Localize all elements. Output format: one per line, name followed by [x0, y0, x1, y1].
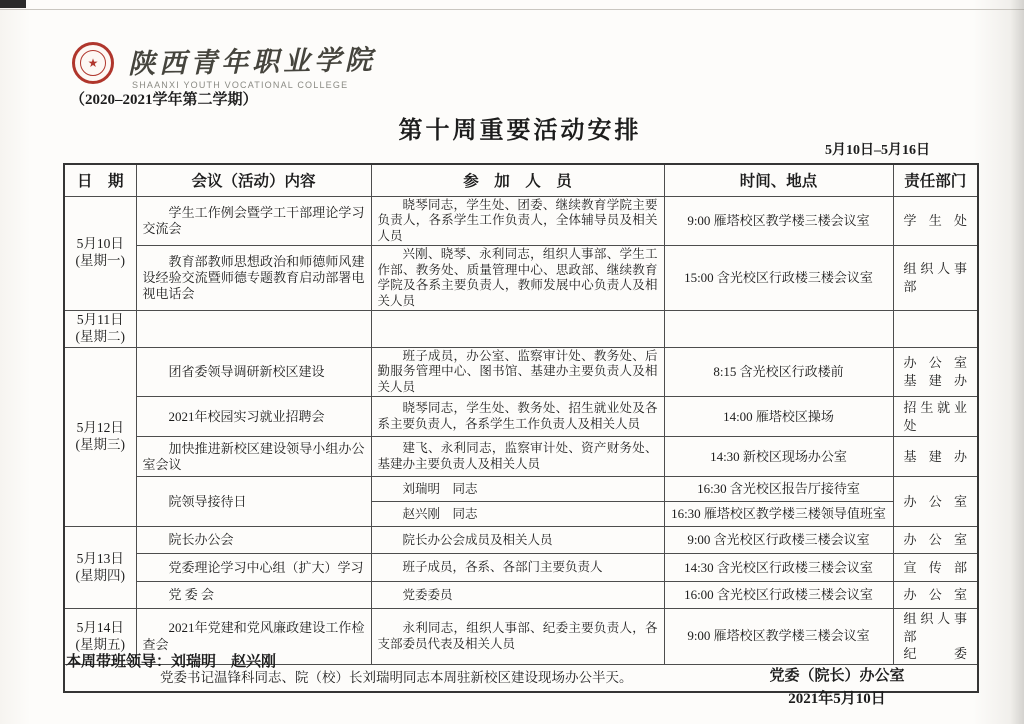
school-name: 陕西青年职业学院 — [128, 38, 377, 81]
department-text: 办公室 — [894, 586, 978, 604]
time-place-cell: 16:30 雁塔校区教学楼三楼领导值班室 — [664, 502, 893, 527]
department-text: 招生就业处 — [894, 399, 978, 434]
date-cell: 5月11日 (星期二) — [64, 311, 136, 348]
semester-label: （2020–2021学年第二学期） — [70, 88, 258, 109]
issuer: 党委（院长）办公室 — [742, 665, 932, 688]
department-text: 宣传部 — [894, 559, 978, 577]
department-cell: 办公室 — [893, 477, 978, 527]
date-cell: 5月13日 (星期四) — [64, 527, 136, 609]
content-text: 教育部教师思想政治和师德师风建设经验交流暨师德专题教育启动部署电视电话会 — [143, 254, 365, 303]
week-date-range: 5月10日–5月16日 — [825, 139, 930, 159]
content-cell: 学生工作例会暨学工干部理论学习交流会 — [136, 196, 371, 246]
table-row: 5月12日 (星期三) 团省委领导调研新校区建设 班子成员，办公室、监察审计处、… — [64, 347, 978, 397]
content-cell: 党委理论学习中心组（扩大）学习 — [136, 554, 371, 582]
table-row: 院领导接待日 刘瑞明 同志 16:30 含光校区报告厅接待室 办公室 — [64, 477, 978, 502]
participants-text: 刘瑞明 同志 — [378, 482, 658, 498]
department-text: 办公室 — [894, 354, 978, 372]
table-row: 5月13日 (星期四) 院长办公会 院长办公会成员及相关人员 9:00 含光校区… — [64, 527, 978, 554]
table-row: 教育部教师思想政治和师德师风建设经验交流暨师德专题教育启动部署电视电话会 兴刚、… — [64, 246, 978, 311]
header-date: 日 期 — [64, 164, 136, 196]
content-text: 党委理论学习中心组（扩大）学习 — [143, 560, 365, 576]
time-place-cell: 9:00 含光校区行政楼三楼会议室 — [664, 527, 893, 554]
content-text: 加快推进新校区建设领导小组办公室会议 — [143, 441, 365, 474]
department-text: 办公室 — [894, 493, 978, 511]
header-department: 责任部门 — [893, 164, 978, 196]
table-header-row: 日 期 会议（活动）内容 参 加 人 员 时间、地点 责任部门 — [64, 164, 978, 196]
time-place-cell: 14:30 新校区现场办公室 — [664, 437, 893, 477]
time-place-cell: 9:00 雁塔校区教学楼三楼会议室 — [664, 196, 893, 246]
participants-cell: 刘瑞明 同志 — [371, 477, 664, 502]
participants-cell: 建飞、永利同志，监察审计处、资产财务处、基建办主要负责人及相关人员 — [371, 437, 664, 477]
weekday-text: (星期一) — [67, 253, 134, 270]
signature-block: 党委（院长）办公室 2021年5月10日 — [742, 665, 932, 710]
content-text: 院长办公会 — [143, 532, 365, 548]
department-text: 组织人事部 — [894, 260, 978, 295]
department-cell: 宣传部 — [893, 554, 978, 582]
content-cell: 院领导接待日 — [136, 477, 371, 527]
time-place-cell: 8:15 含光校区行政楼前 — [664, 347, 893, 397]
department-cell: 办公室 — [893, 582, 978, 609]
table-row: 加快推进新校区建设领导小组办公室会议 建飞、永利同志，监察审计处、资产财务处、基… — [64, 437, 978, 477]
time-place-cell: 16:00 含光校区行政楼三楼会议室 — [664, 582, 893, 609]
schedule-table: 日 期 会议（活动）内容 参 加 人 员 时间、地点 责任部门 5月10日 (星… — [63, 163, 979, 693]
content-cell: 院长办公会 — [136, 527, 371, 554]
department-cell: 办公室 — [893, 527, 978, 554]
weekday-text: (星期三) — [67, 437, 134, 454]
content-text: 团省委领导调研新校区建设 — [143, 364, 365, 380]
time-place-cell — [664, 311, 893, 348]
issue-date: 2021年5月10日 — [742, 688, 932, 711]
date-text: 5月11日 — [67, 312, 134, 329]
participants-cell: 晓琴同志，学生处、教务处、招生就业处及各系主要负责人，各系学生工作负责人及相关人… — [371, 397, 664, 437]
content-cell: 2021年校园实习就业招聘会 — [136, 397, 371, 437]
participants-text: 兴刚、晓琴、永利同志，组织人事部、学生工作部、教务处、质量管理中心、思政部、继续… — [378, 247, 658, 309]
participants-text: 永利同志，组织人事部、纪委主要负责人，各支部委员代表及相关人员 — [378, 621, 658, 652]
school-header: 陕西青年职业学院 SHAANXI YOUTH VOCATIONAL COLLEG… — [128, 40, 376, 90]
participants-text: 晓琴同志，学生处、团委、继续教育学院主要负责人，各系学生工作负责人，全体辅导员及… — [378, 198, 658, 245]
content-cell: 加快推进新校区建设领导小组办公室会议 — [136, 437, 371, 477]
participants-cell: 班子成员，办公室、监察审计处、教务处、后勤服务管理中心、图书馆、基建办主要负责人… — [371, 347, 664, 397]
header-time-place: 时间、地点 — [664, 164, 893, 196]
content-cell: 团省委领导调研新校区建设 — [136, 347, 371, 397]
content-text: 学生工作例会暨学工干部理论学习交流会 — [143, 205, 365, 238]
scan-corner-mark — [0, 0, 26, 8]
participants-text: 赵兴刚 同志 — [378, 507, 658, 523]
department-cell: 组织人事部 — [893, 246, 978, 311]
participants-cell: 赵兴刚 同志 — [371, 502, 664, 527]
department-cell: 组织人事部 纪委 — [893, 609, 978, 665]
department-cell — [893, 311, 978, 348]
date-text: 5月10日 — [67, 236, 134, 253]
table-row: 5月10日 (星期一) 学生工作例会暨学工干部理论学习交流会 晓琴同志，学生处、… — [64, 196, 978, 246]
department-cell: 办公室 基建办 — [893, 347, 978, 397]
content-text: 院领导接待日 — [143, 494, 365, 510]
participants-text: 班子成员，办公室、监察审计处、教务处、后勤服务管理中心、图书馆、基建办主要负责人… — [378, 349, 658, 396]
content-cell: 教育部教师思想政治和师德师风建设经验交流暨师德专题教育启动部署电视电话会 — [136, 246, 371, 311]
school-seal-icon: ★ — [72, 42, 114, 84]
content-text: 2021年校园实习就业招聘会 — [143, 409, 365, 425]
table-row: 党委理论学习中心组（扩大）学习 班子成员，各系、各部门主要负责人 14:30 含… — [64, 554, 978, 582]
table-row: 党 委 会 党委委员 16:00 含光校区行政楼三楼会议室 办公室 — [64, 582, 978, 609]
header-participants: 参 加 人 员 — [371, 164, 664, 196]
table-row: 5月11日 (星期二) — [64, 311, 978, 348]
header-content: 会议（活动）内容 — [136, 164, 371, 196]
department-text: 组织人事部 — [894, 610, 978, 645]
department-cell: 招生就业处 — [893, 397, 978, 437]
scan-shadow — [1010, 0, 1024, 724]
content-text: 党 委 会 — [143, 587, 365, 603]
participants-text: 院长办公会成员及相关人员 — [378, 533, 658, 549]
content-cell: 党 委 会 — [136, 582, 371, 609]
time-place-cell: 15:00 含光校区行政楼三楼会议室 — [664, 246, 893, 311]
department-text: 基建办 — [894, 372, 978, 390]
participants-cell: 兴刚、晓琴、永利同志，组织人事部、学生工作部、教务处、质量管理中心、思政部、继续… — [371, 246, 664, 311]
department-cell: 基建办 — [893, 437, 978, 477]
participants-cell — [371, 311, 664, 348]
seal-star-icon: ★ — [80, 50, 106, 76]
date-cell: 5月12日 (星期三) — [64, 347, 136, 527]
date-cell: 5月10日 (星期一) — [64, 196, 136, 311]
time-place-cell: 14:30 含光校区行政楼三楼会议室 — [664, 554, 893, 582]
participants-cell: 院长办公会成员及相关人员 — [371, 527, 664, 554]
time-place-cell: 14:00 雁塔校区操场 — [664, 397, 893, 437]
time-place-cell: 16:30 含光校区报告厅接待室 — [664, 477, 893, 502]
date-text: 5月12日 — [67, 420, 134, 437]
department-text: 办公室 — [894, 531, 978, 549]
participants-cell: 党委委员 — [371, 582, 664, 609]
participants-cell: 晓琴同志，学生处、团委、继续教育学院主要负责人，各系学生工作负责人，全体辅导员及… — [371, 196, 664, 246]
content-text: 2021年党建和党风廉政建设工作检查会 — [143, 620, 365, 653]
duty-leaders: 本周带班领导：刘瑞明 赵兴刚 — [66, 650, 276, 671]
content-cell — [136, 311, 371, 348]
participants-text: 晓琴同志，学生处、教务处、招生就业处及各系主要负责人，各系学生工作负责人及相关人… — [378, 401, 658, 432]
department-text: 纪委 — [894, 645, 978, 663]
scan-edge-line — [0, 9, 1024, 10]
participants-text: 党委委员 — [378, 588, 658, 604]
time-place-cell: 9:00 雁塔校区教学楼三楼会议室 — [664, 609, 893, 665]
participants-cell: 班子成员，各系、各部门主要负责人 — [371, 554, 664, 582]
department-cell: 学生处 — [893, 196, 978, 246]
date-text: 5月13日 — [67, 551, 134, 568]
participants-text: 建飞、永利同志，监察审计处、资产财务处、基建办主要负责人及相关人员 — [378, 441, 658, 472]
department-text: 基建办 — [894, 448, 978, 466]
department-text: 学生处 — [894, 212, 978, 230]
table-row: 2021年校园实习就业招聘会 晓琴同志，学生处、教务处、招生就业处及各系主要负责… — [64, 397, 978, 437]
date-text: 5月14日 — [67, 620, 134, 637]
participants-text: 班子成员，各系、各部门主要负责人 — [378, 560, 658, 576]
weekday-text: (星期二) — [67, 329, 134, 346]
participants-cell: 永利同志，组织人事部、纪委主要负责人，各支部委员代表及相关人员 — [371, 609, 664, 665]
weekday-text: (星期四) — [67, 568, 134, 585]
